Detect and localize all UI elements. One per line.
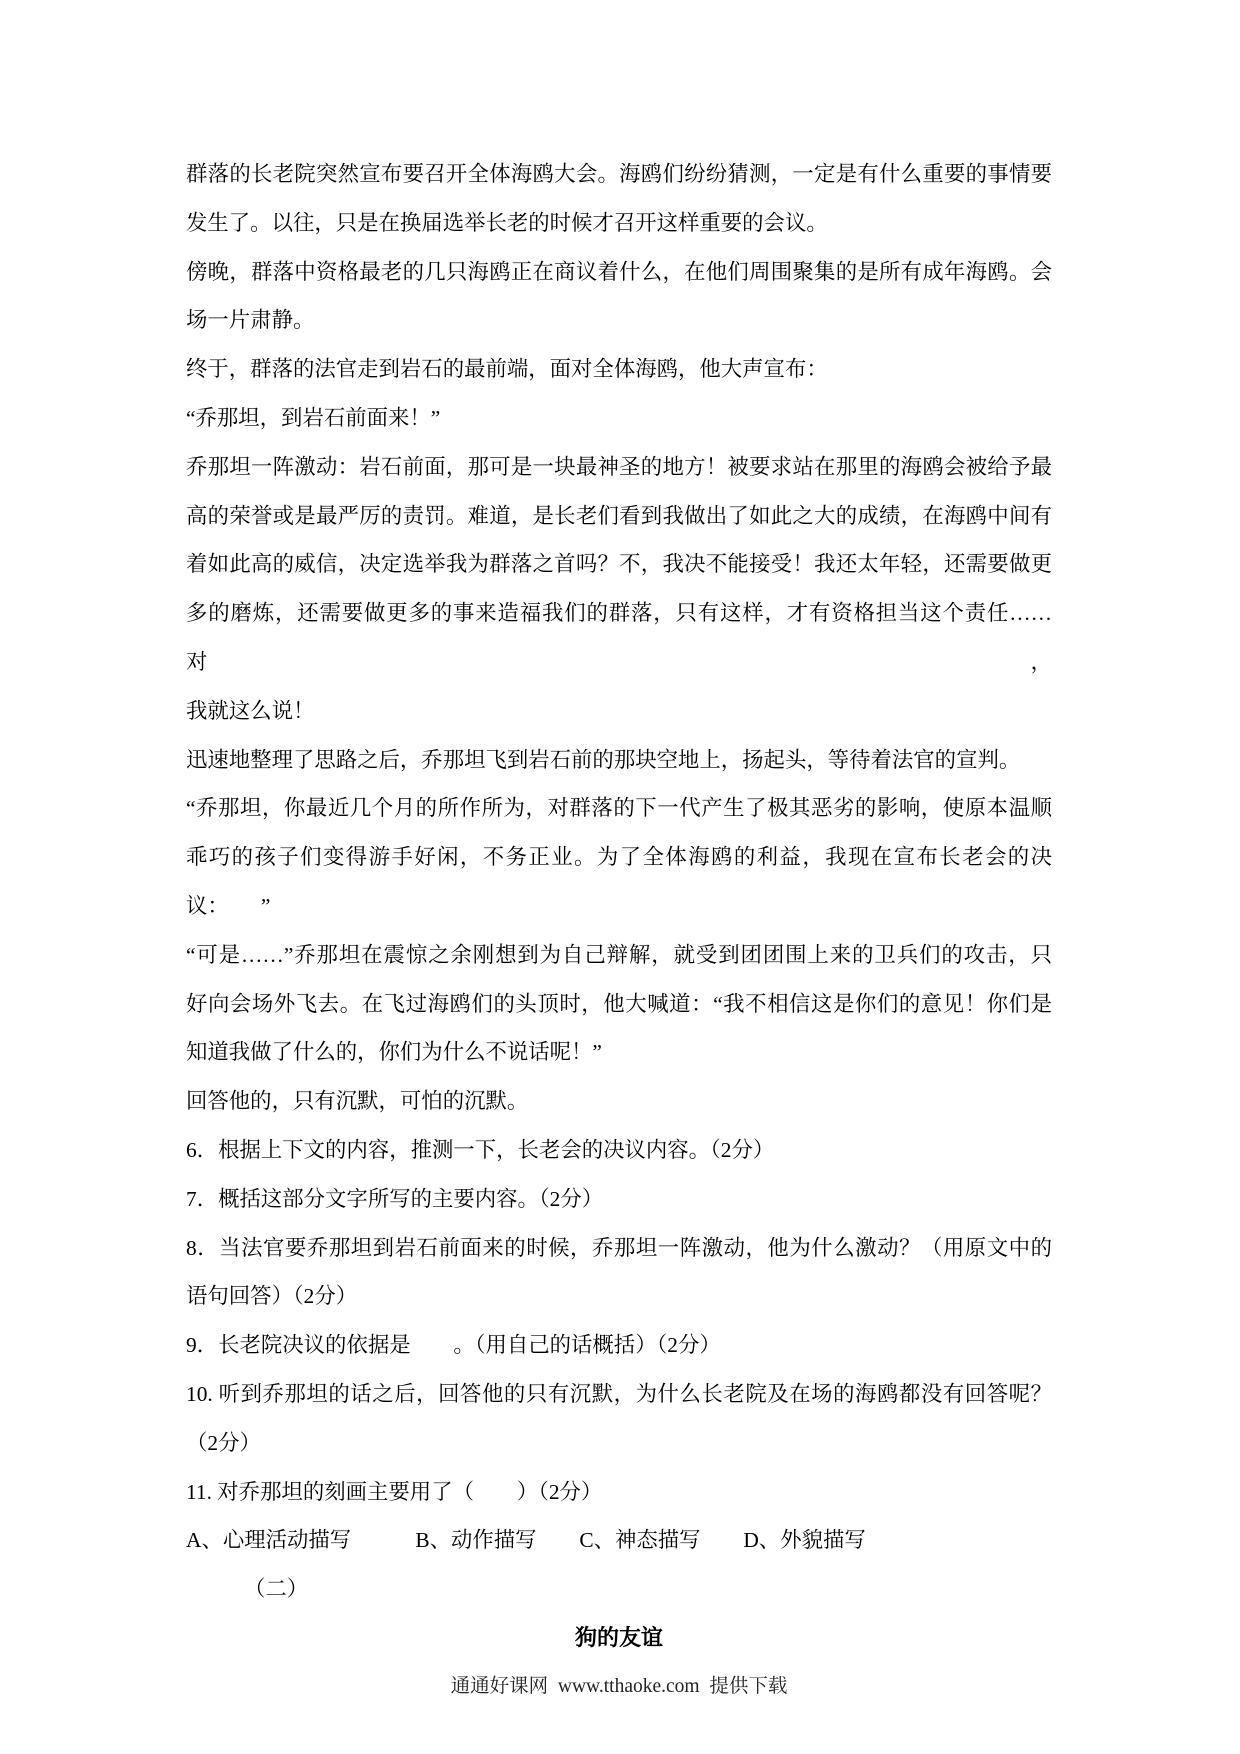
passage-line: 多的磨炼，还需要做更多的事来造福我们的群落，只有这样，才有资格担当这个责任……对… <box>186 589 1052 687</box>
answer-options-line: A、心理活动描写 B、动作描写 C、神态描写 D、外貌描写 <box>186 1516 1052 1565</box>
question-line: （2分） <box>186 1419 1052 1468</box>
passage-line: “乔那坦，到岩石前面来！” <box>186 394 1052 443</box>
passage-line: “可是……”乔那坦在震惊之余刚想到为自己辩解，就受到团团围上来的卫兵们的攻击，只 <box>186 931 1052 980</box>
passage-line: 场一片肃静。 <box>186 296 1052 345</box>
passage-line: 乖巧的孩子们变得游手好闲，不务正业。为了全体海鸥的利益，我现在宣布长老会的决 <box>186 833 1052 882</box>
question-line: 9．长老院决议的依据是 。（用自己的话概括）（2分） <box>186 1321 1052 1370</box>
passage-line: 傍晚，群落中资格最老的几只海鸥正在商议着什么，在他们周围聚集的是所有成年海鸥。会 <box>186 248 1052 297</box>
passage-line: 发生了。以往，只是在换届选举长老的时候才召开这样重要的会议。 <box>186 199 1052 248</box>
passage-line: 终于，群落的法官走到岩石的最前端，面对全体海鸥，他大声宣布： <box>186 345 1052 394</box>
passage-line: 高的荣誉或是最严厉的责罚。难道，是长老们看到我做出了如此之大的成绩，在海鸥中间有 <box>186 492 1052 541</box>
passage-line: 好向会场外飞去。在飞过海鸥们的头顶时，他大喊道：“我不相信这是你们的意见！你们是 <box>186 980 1052 1029</box>
passage-line: 回答他的，只有沉默，可怕的沉默。 <box>186 1077 1052 1126</box>
question-line: 7．概括这部分文字所写的主要内容。（2分） <box>186 1175 1052 1224</box>
passage-line: 议： ” <box>186 882 1052 931</box>
question-line: 8．当法官要乔那坦到岩石前面来的时候，乔那坦一阵激动，他为什么激动？（用原文中的 <box>186 1224 1052 1273</box>
passage-line: 我就这么说！ <box>186 687 1052 736</box>
passage-line: 乔那坦一阵激动：岩石前面，那可是一块最神圣的地方！被要求站在那里的海鸥会被给予最 <box>186 443 1052 492</box>
passage-line: 群落的长老院突然宣布要召开全体海鸥大会。海鸥们纷纷猜测，一定是有什么重要的事情要 <box>186 150 1052 199</box>
question-line: 6．根据上下文的内容，推测一下，长老会的决议内容。（2分） <box>186 1126 1052 1175</box>
document-page: 群落的长老院突然宣布要召开全体海鸥大会。海鸥们纷纷猜测，一定是有什么重要的事情要… <box>0 0 1240 1754</box>
passage-line: 迅速地整理了思路之后，乔那坦飞到岩石前的那块空地上，扬起头，等待着法官的宣判。 <box>186 736 1052 785</box>
question-line: 10. 听到乔那坦的话之后，回答他的只有沉默，为什么长老院及在场的海鸥都没有回答… <box>186 1370 1052 1419</box>
question-line: 语句回答）（2分） <box>186 1272 1052 1321</box>
passage-line: 着如此高的威信，决定选举我为群落之首吗？不，我决不能接受！我还太年轻，还需要做更 <box>186 540 1052 589</box>
section-marker: （二） <box>186 1565 1052 1614</box>
document-body: 群落的长老院突然宣布要召开全体海鸥大会。海鸥们纷纷猜测，一定是有什么重要的事情要… <box>186 150 1052 1712</box>
next-passage-title: 狗的友谊 <box>186 1614 1052 1663</box>
passage-line: 知道我做了什么的，你们为什么不说话呢！” <box>186 1028 1052 1077</box>
question-line: 11. 对乔那坦的刻画主要用了（ ）（2分） <box>186 1468 1052 1517</box>
site-footer: 通通好课网 www.tthaoke.com 提供下载 <box>186 1663 1052 1712</box>
passage-line: “乔那坦，你最近几个月的所作所为，对群落的下一代产生了极其恶劣的影响，使原本温顺 <box>186 784 1052 833</box>
